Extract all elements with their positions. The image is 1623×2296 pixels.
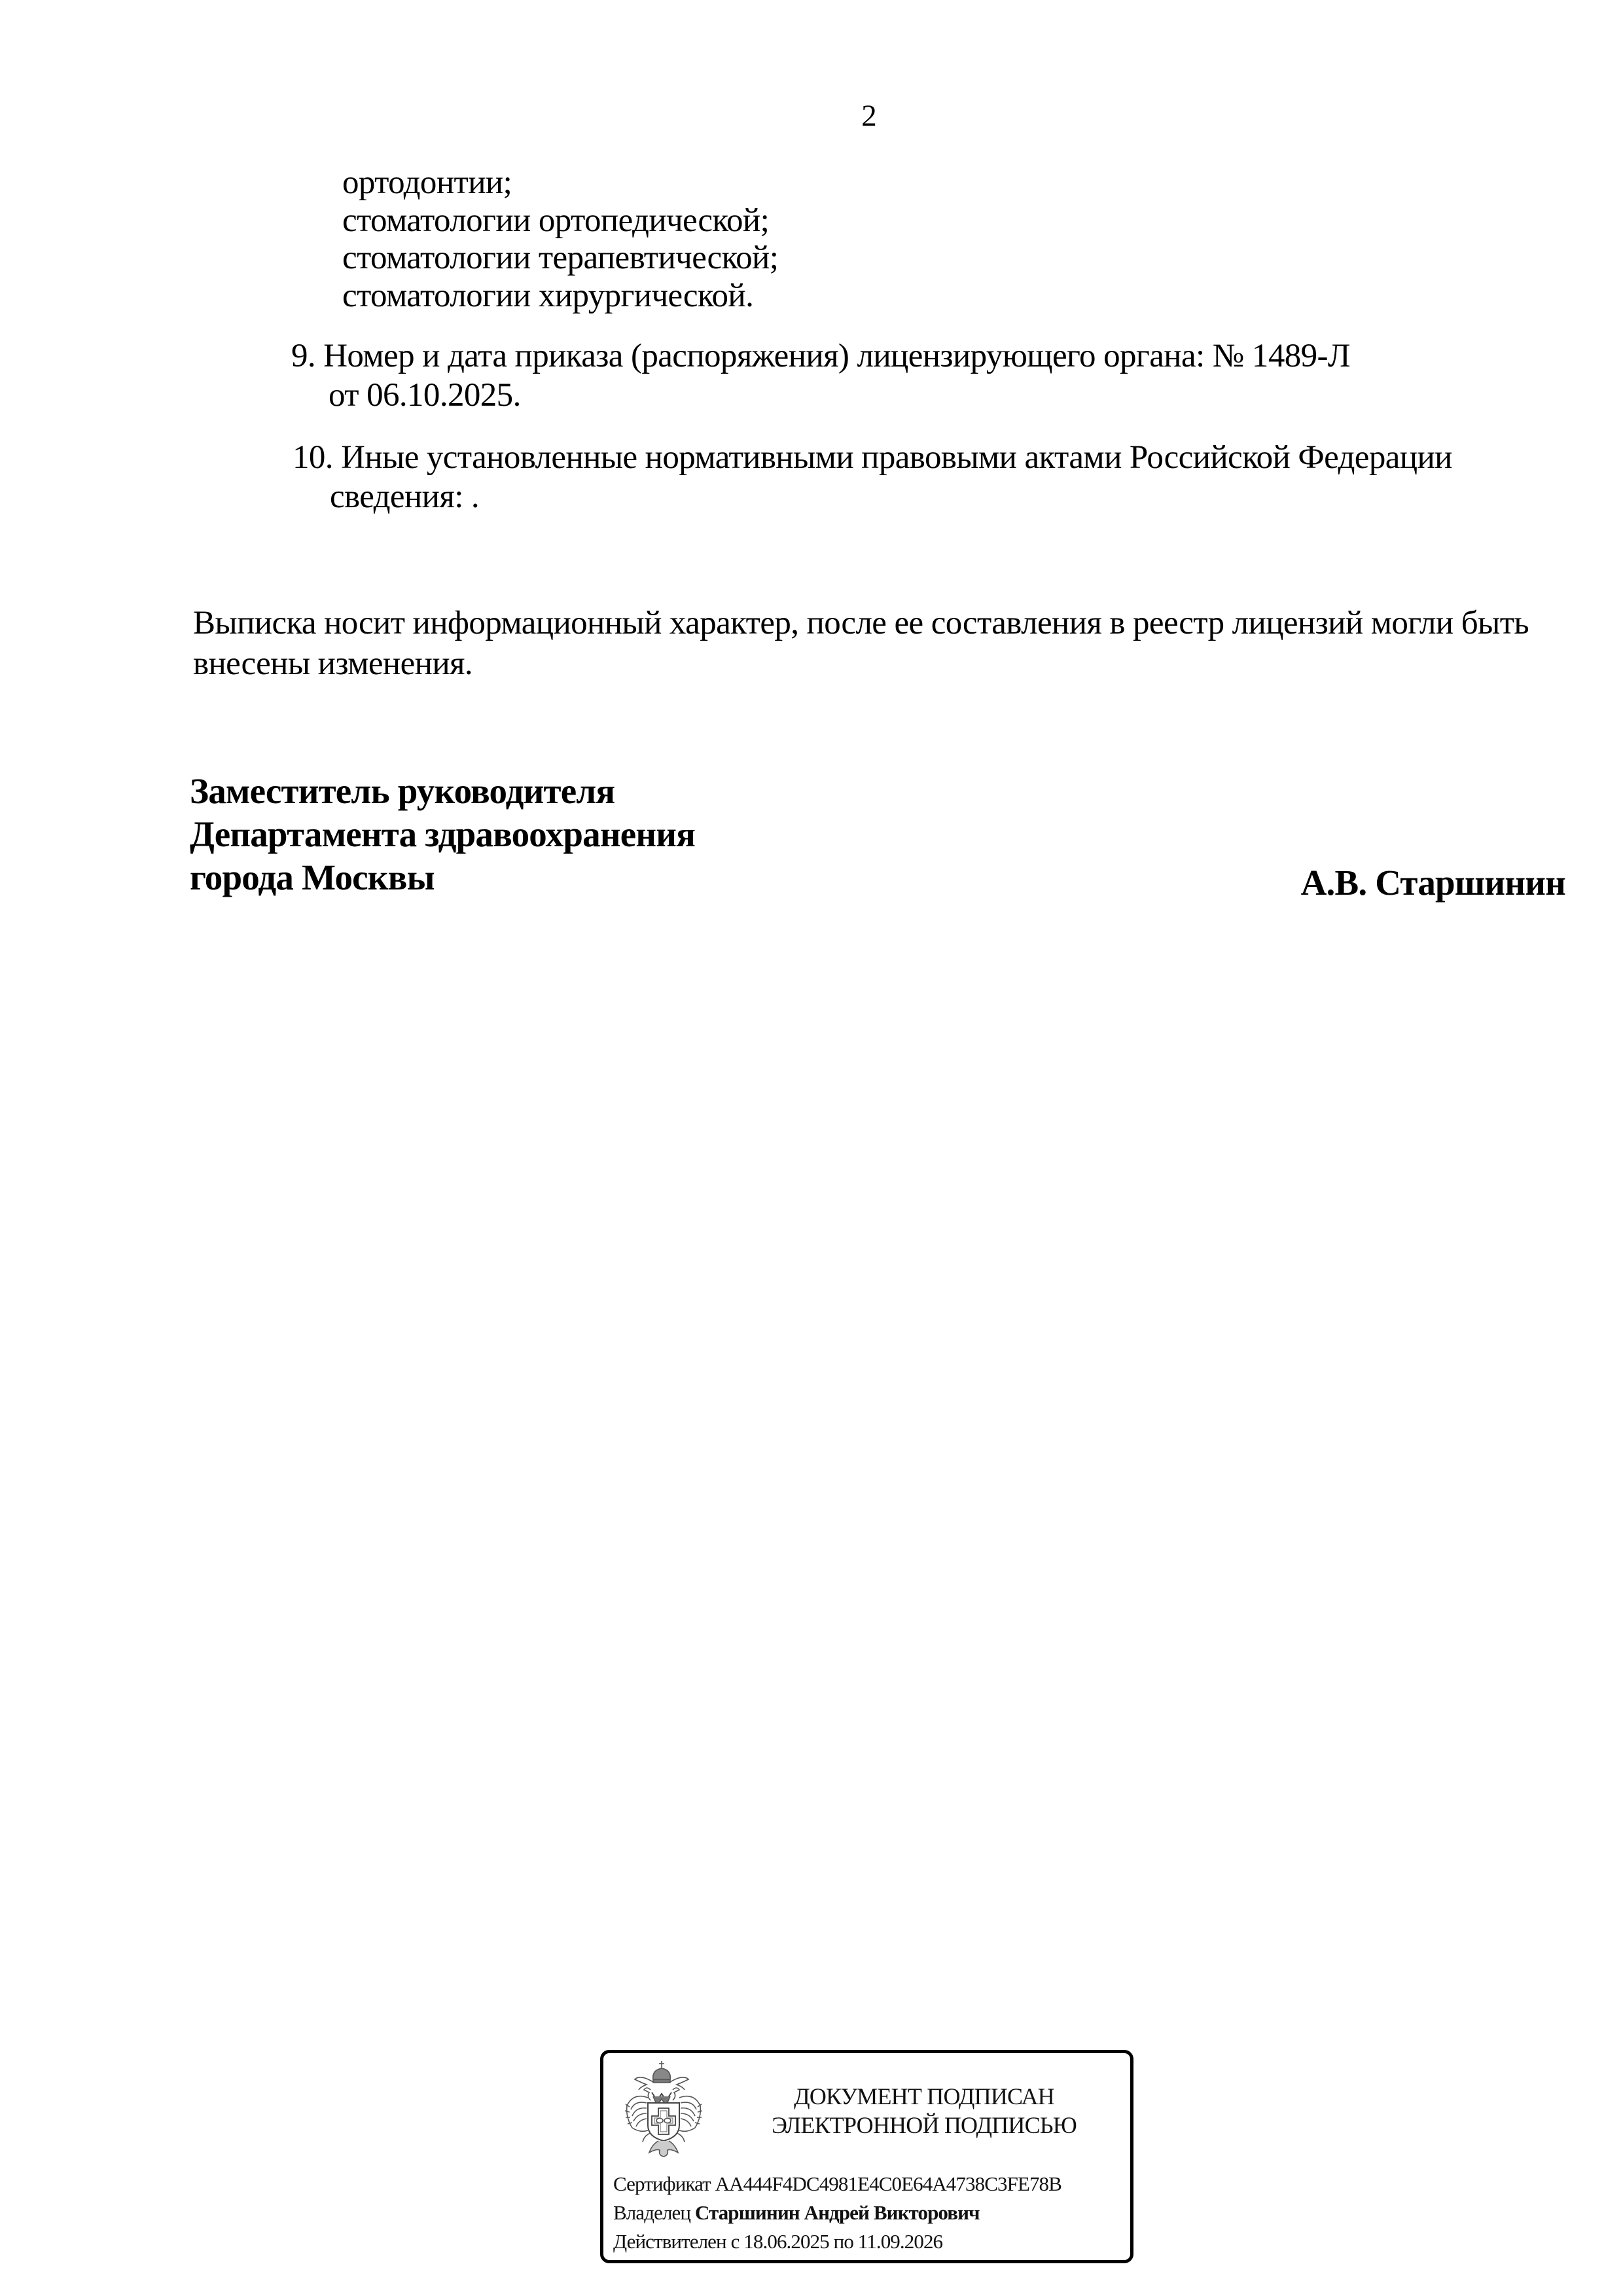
item9-line1: 9. Номер и дата приказа (распоряжения) л… (291, 337, 1350, 376)
signatory-position: Заместитель руководителя Департамента зд… (190, 770, 695, 899)
page-number: 2 (0, 98, 1623, 134)
item9-line2: от 06.10.2025. (291, 376, 1350, 416)
note-line2: внесены изменения. (193, 643, 1529, 684)
signatory-name: А.В. Старшинин (1277, 861, 1565, 905)
license-services-list: ортодонтии; стоматологии ортопедической;… (342, 164, 778, 315)
item-other-info: 10. Иные установленные нормативными прав… (293, 439, 1452, 517)
stamp-details: Сертификат AA444F4DC4981E4C0E64A4738C3FE… (613, 2170, 1061, 2256)
certificate-label: Сертификат (613, 2172, 711, 2195)
owner-row: Владелец Старшинин Андрей Викторович (613, 2198, 1061, 2227)
position-line: Департамента здравоохранения (190, 813, 695, 856)
list-item: стоматологии ортопедической; (342, 202, 778, 240)
electronic-signature-stamp: ДОКУМЕНТ ПОДПИСАН ЭЛЕКТРОННОЙ ПОДПИСЬЮ С… (600, 2050, 1133, 2263)
item10-line1: 10. Иные установленные нормативными прав… (293, 439, 1452, 478)
validity-label: Действителен (613, 2230, 726, 2253)
disclaimer-note: Выписка носит информационный характер, п… (193, 603, 1529, 684)
position-line: города Москвы (190, 856, 695, 899)
list-item: стоматологии хирургической. (342, 277, 778, 315)
list-item: ортодонтии; (342, 164, 778, 202)
position-line: Заместитель руководителя (190, 770, 695, 813)
validity-value: с 18.06.2025 по 11.09.2026 (731, 2230, 943, 2253)
stamp-title-line1: ДОКУМЕНТ ПОДПИСАН (728, 2082, 1120, 2111)
note-line1: Выписка носит информационный характер, п… (193, 603, 1529, 643)
certificate-value: AA444F4DC4981E4C0E64A4738C3FE78B (715, 2172, 1061, 2195)
item10-line2: сведения: . (293, 478, 1452, 517)
item-order-number-date: 9. Номер и дата приказа (распоряжения) л… (291, 337, 1350, 416)
list-item: стоматологии терапевтической; (342, 239, 778, 277)
owner-value: Старшинин Андрей Викторович (695, 2201, 980, 2224)
validity-row: Действителен с 18.06.2025 по 11.09.2026 (613, 2227, 1061, 2256)
certificate-row: Сертификат AA444F4DC4981E4C0E64A4738C3FE… (613, 2170, 1061, 2198)
stamp-title: ДОКУМЕНТ ПОДПИСАН ЭЛЕКТРОННОЙ ПОДПИСЬЮ (728, 2082, 1120, 2140)
owner-label: Владелец (613, 2201, 690, 2224)
stamp-title-line2: ЭЛЕКТРОННОЙ ПОДПИСЬЮ (728, 2111, 1120, 2140)
coat-of-arms-emblem-icon (620, 2060, 707, 2158)
